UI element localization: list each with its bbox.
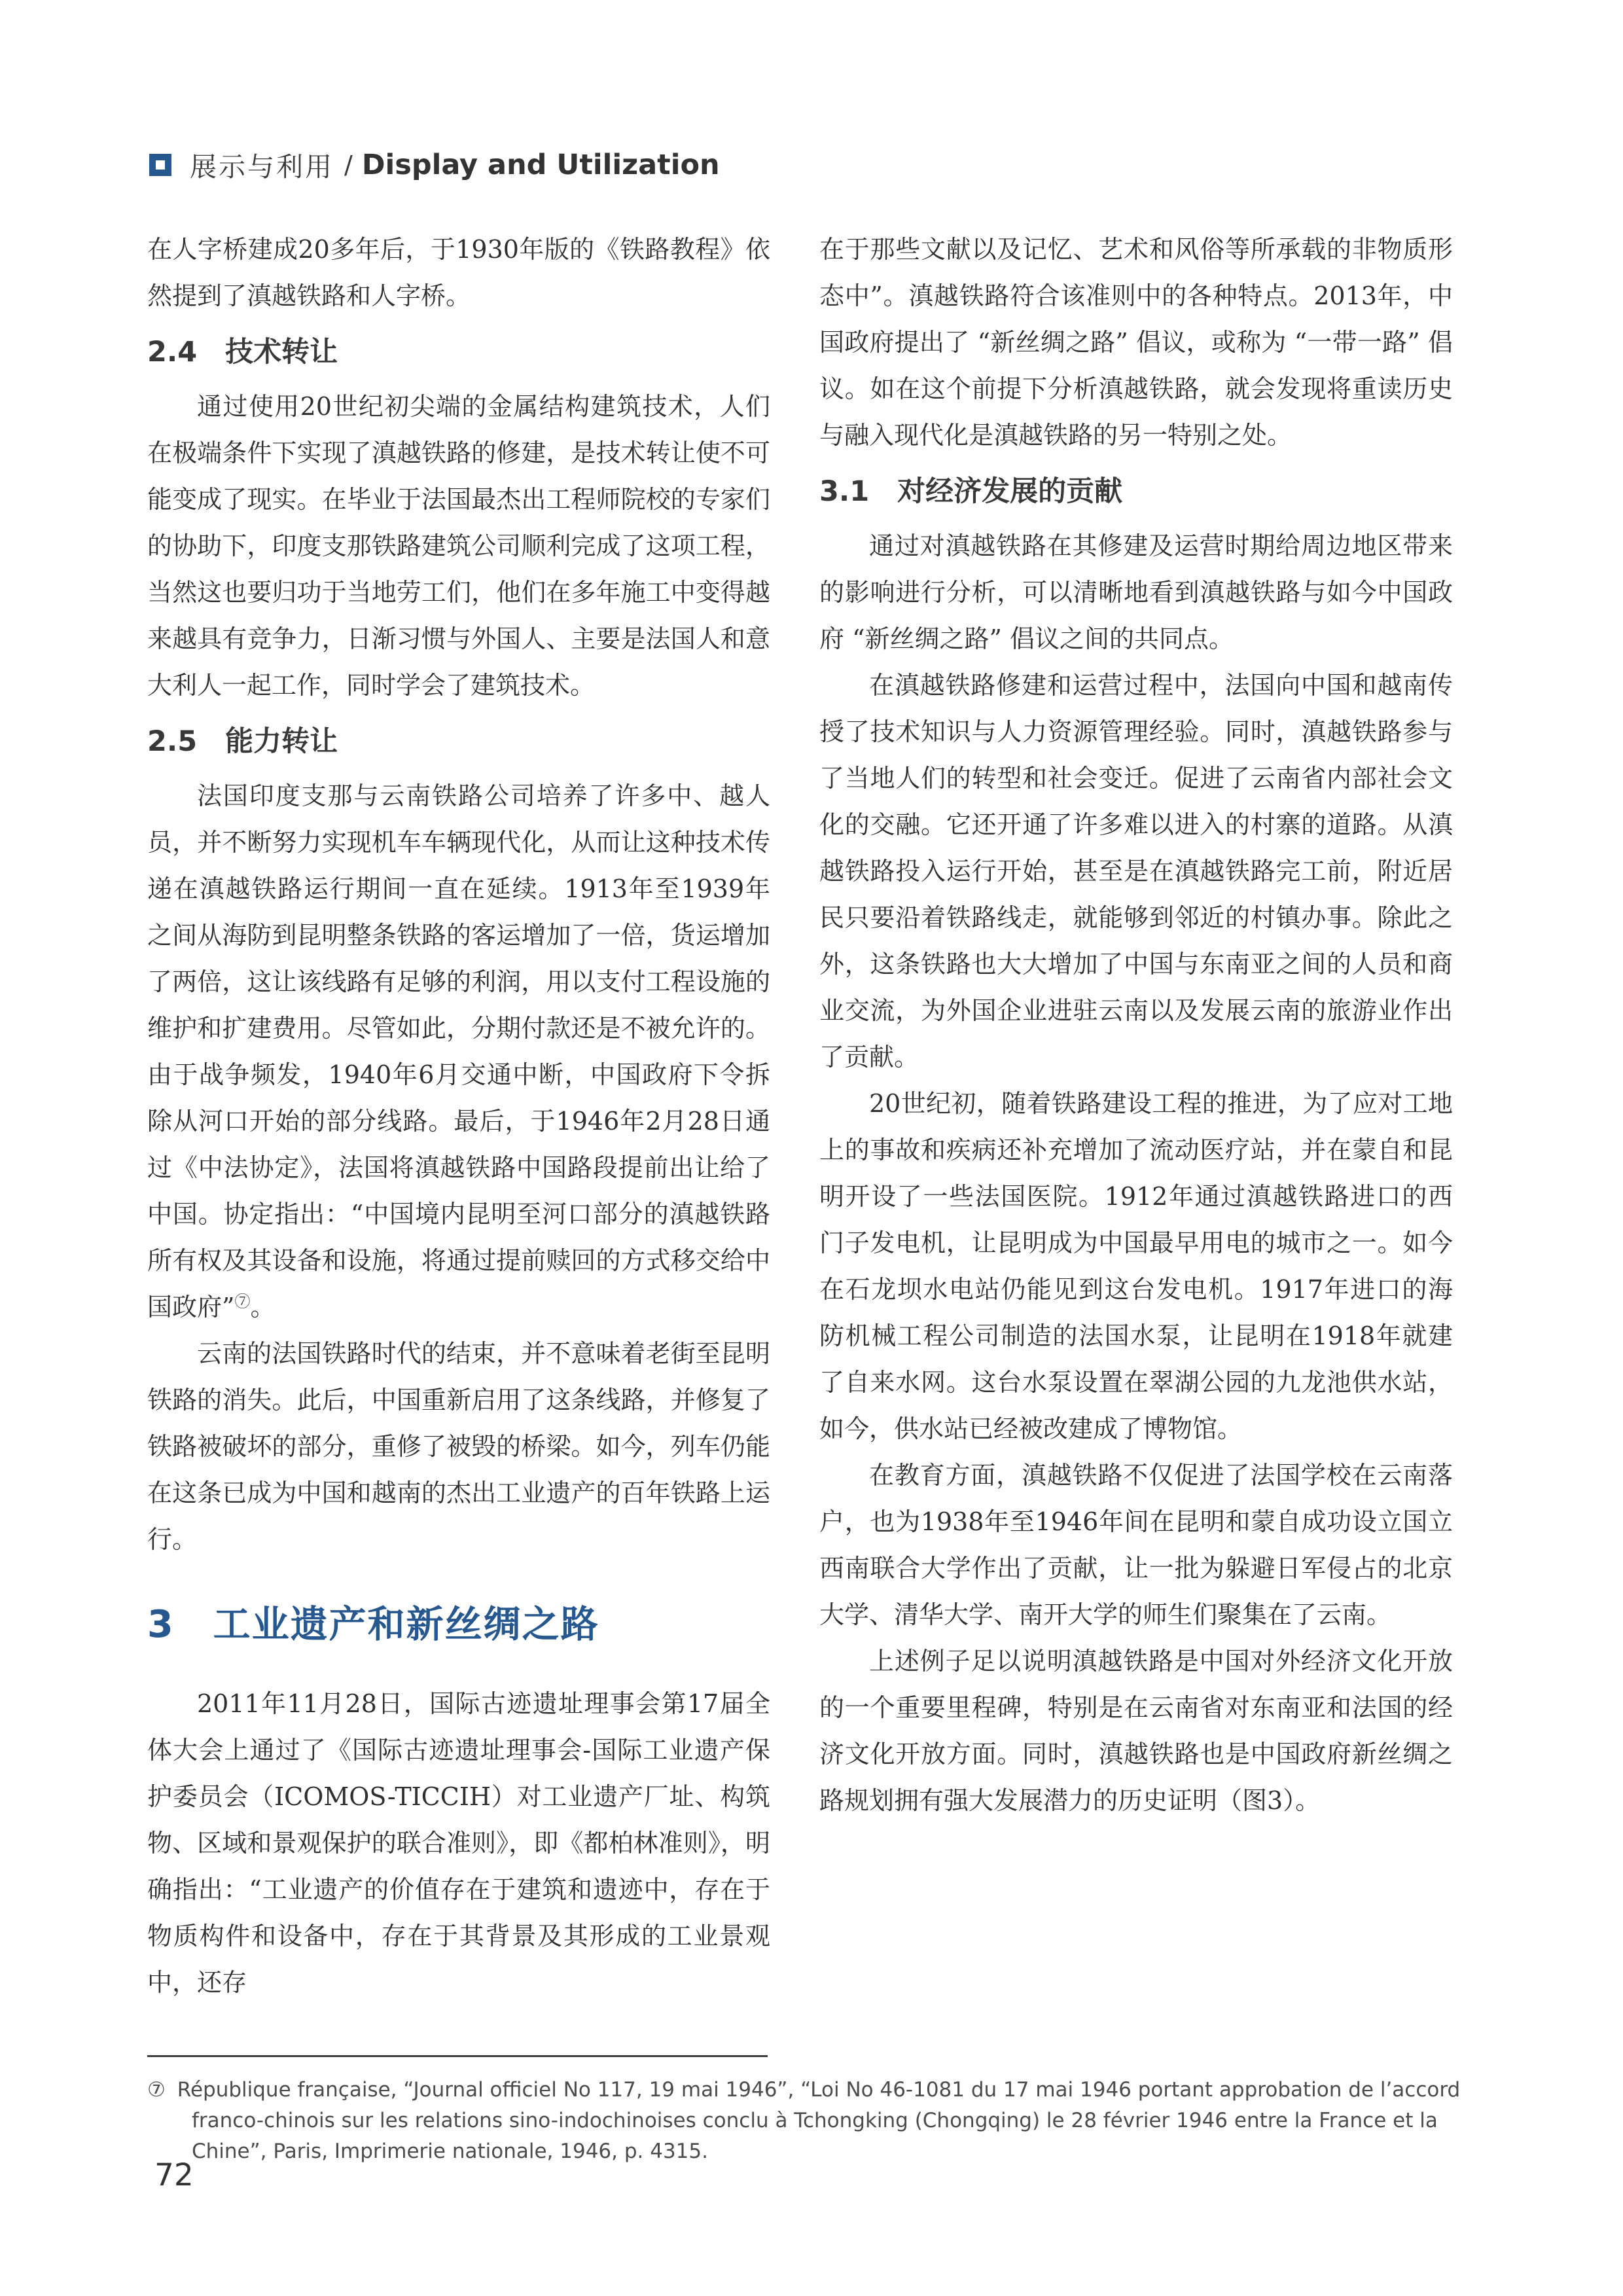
journal-page: 展示与利用 / Display and Utilization 在人字桥建成20… [0,0,1623,2296]
section-heading-3-1: 3.1 对经济发展的贡献 [819,475,1453,509]
header-title-zh: 展示与利用 [190,145,334,184]
footnote-reference: ⑦ [234,1292,250,1310]
page-number: 72 [154,2157,194,2193]
footnote: ⑦République française, “Journal officiel… [147,2075,1471,2167]
right-column: 在于那些文献以及记忆、艺术和风俗等所承载的非物质形态中”。滇越铁路符合该准则中的… [819,226,1453,1824]
paragraph: 在于那些文献以及记忆、艺术和风俗等所承载的非物质形态中”。滇越铁路符合该准则中的… [819,226,1453,459]
chapter-heading-3: 3 工业遗产和新丝绸之路 [147,1602,770,1647]
paragraph: 在教育方面，滇越铁路不仅促进了法国学校在云南落户，也为1938年至1946年间在… [819,1452,1453,1638]
paragraph: 云南的法国铁路时代的结束，并不意味着老街至昆明铁路的消失。此后，中国重新启用了这… [147,1331,770,1563]
paragraph: 上述例子足以说明滇越铁路是中国对外经济文化开放的一个重要里程碑，特别是在云南省对… [819,1638,1453,1824]
header-title-en: Display and Utilization [362,149,720,181]
paragraph-text: 。 [250,1293,275,1321]
paragraph: 20世纪初，随着铁路建设工程的推进，为了应对工地上的事故和疾病还补充增加了流动医… [819,1081,1453,1452]
paragraph: 在人字桥建成20多年后，于1930年版的《铁路教程》依然提到了滇越铁路和人字桥。 [147,226,770,319]
page-header: 展示与利用 / Display and Utilization [149,145,720,184]
header-divider: / [344,151,353,179]
footnote-marker: ⑦ [147,2078,166,2102]
paragraph: 通过对滇越铁路在其修建及运营时期给周边地区带来的影响进行分析，可以清晰地看到滇越… [819,523,1453,662]
section-heading-2-5: 2.5 能力转让 [147,725,770,759]
paragraph: 通过使用20世纪初尖端的金属结构建筑技术，人们在极端条件下实现了滇越铁路的修建，… [147,384,770,709]
footnote-divider [147,2055,768,2057]
paragraph: 在滇越铁路修建和运营过程中，法国向中国和越南传授了技术知识与人力资源管理经验。同… [819,662,1453,1081]
paragraph: 2011年11月28日，国际古迹遗址理事会第17届全体大会上通过了《国际古迹遗址… [147,1681,770,2006]
section-heading-2-4: 2.4 技术转让 [147,335,770,369]
paragraph: 法国印度支那与云南铁路公司培养了许多中、越人员，并不断努力实现机车车辆现代化，从… [147,773,770,1331]
footnote-text: République française, “Journal officiel … [177,2078,1460,2163]
left-column: 在人字桥建成20多年后，于1930年版的《铁路教程》依然提到了滇越铁路和人字桥。… [147,226,770,2006]
paragraph-text: 法国印度支那与云南铁路公司培养了许多中、越人员，并不断努力实现机车车辆现代化，从… [147,781,770,1321]
section-square-icon [149,154,171,176]
